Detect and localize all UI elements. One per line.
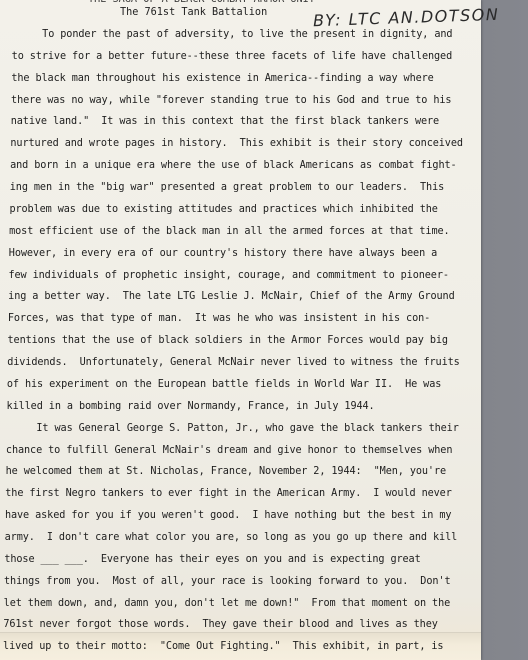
text-line: killed in a bombing raid over Normandy, … — [7, 401, 375, 413]
text-line: 761st never forgot those words. They gav… — [3, 619, 437, 631]
text-line: few individuals of prophetic insight, co… — [8, 270, 448, 282]
text-line: those ___ ___. Everyone has their eyes o… — [4, 554, 420, 566]
text-line: nurtured and wrote pages in history. Thi… — [10, 138, 463, 150]
text-line: the first Negro tankers to ever fight in… — [5, 488, 451, 500]
text-line: To ponder the past of adversity, to live… — [12, 29, 452, 41]
text-line: native land." It was in this context tha… — [11, 116, 439, 128]
text-line: have asked for you if you weren't good. … — [5, 510, 451, 522]
text-line: most efficient use of the black man in a… — [9, 226, 449, 238]
text-line: dividends. Unfortunately, General McNair… — [7, 357, 460, 369]
text-line: However, in every era of our country's h… — [9, 248, 437, 260]
text-line: things from you. Most of all, your race … — [4, 576, 450, 588]
text-line: and born in a unique era where the use o… — [10, 160, 456, 172]
text-line: let them down, and, damn you, don't let … — [4, 598, 450, 610]
document-page: THE SAGA OF A BLACK COMBAT ARMOR UNIT Th… — [0, 0, 481, 660]
text-line: Forces, was that type of man. It was he … — [8, 313, 430, 325]
text-line: there was no way, while "forever standin… — [11, 95, 451, 107]
text-line: problem was due to existing attitudes an… — [9, 204, 437, 216]
text-line: ing a better way. The late LTG Leslie J.… — [8, 291, 454, 303]
text-line: of his experiment on the European battle… — [7, 379, 441, 391]
text-line: tentions that the use of black soldiers … — [8, 335, 448, 347]
text-line: the black man throughout his existence i… — [11, 73, 433, 85]
text-line: chance to fulfill General McNair's dream… — [6, 445, 452, 457]
text-line: ing men in the "big war" presented a gre… — [10, 182, 444, 194]
text-line: he welcomed them at St. Nicholas, France… — [6, 466, 446, 478]
text-line: army. I don't care what color you are, s… — [5, 532, 458, 544]
text-line: lived up to their motto: "Come Out Fight… — [3, 641, 443, 653]
document-heading-title: THE SAGA OF A BLACK COMBAT ARMOR UNIT — [88, 0, 528, 5]
text-line: It was General George S. Patton, Jr., wh… — [6, 423, 459, 435]
text-line: to strive for a better future--these thr… — [12, 51, 452, 63]
